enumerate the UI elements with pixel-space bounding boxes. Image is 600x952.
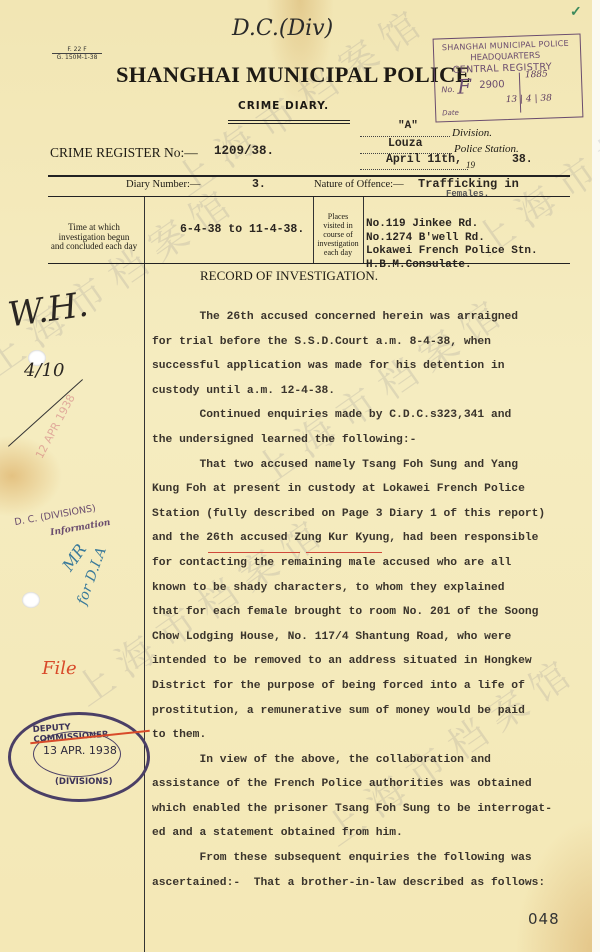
time-value: 6-4-38 to 11-4-38. xyxy=(180,223,304,236)
date-year: 38. xyxy=(512,153,533,166)
body-line: Continued enquiries made by C.D.C.s323,3… xyxy=(152,403,552,428)
date-dotted-line xyxy=(360,169,468,170)
subtitle-rule xyxy=(228,120,350,121)
registry-date-label: Date xyxy=(442,109,459,118)
diary-number-value: 3. xyxy=(252,178,266,191)
diary-number-label: Diary Number:— xyxy=(126,179,200,190)
body-line: intended to be removed to an address sit… xyxy=(152,649,552,674)
place-item: Lokawei French Police Stn. xyxy=(366,245,538,259)
page-number: 048 xyxy=(528,910,560,928)
place-item: No.1274 B'well Rd. xyxy=(366,232,538,246)
date-century: 19 xyxy=(466,160,475,170)
registry-no-suffix: 1885 xyxy=(525,70,548,81)
registry-date-value: 13 | 4 | 38 xyxy=(506,93,552,105)
body-line: successful application was made for his … xyxy=(152,354,552,379)
central-registry-stamp: SHANGHAI MUNICIPAL POLICE HEADQUARTERS C… xyxy=(433,33,584,122)
deputy-commissioner-stamp: DEPUTY COMMISSIONER 13 APR. 1938 (DIVISI… xyxy=(8,712,150,802)
place-item: H.B.M.Consulate. xyxy=(366,259,538,273)
page-subtitle: CRIME DIARY. xyxy=(238,100,329,112)
places-label-line: Places xyxy=(313,212,363,221)
body-line: which enabled the prisoner Tsang Foh Sun… xyxy=(152,797,552,822)
table-col-divider xyxy=(363,197,364,263)
body-line: From these subsequent enquiries the foll… xyxy=(152,846,552,871)
investigation-body: The 26th accused concerned herein was ar… xyxy=(152,305,552,895)
division-value: "A" xyxy=(398,120,418,132)
body-line: ascertained:- That a brother-in-law desc… xyxy=(152,871,552,896)
registry-divider xyxy=(519,73,521,113)
body-line: custody until a.m. 12-4-38. xyxy=(152,379,552,404)
red-file-note: File xyxy=(42,658,77,679)
place-item: No.119 Jinkee Rd. xyxy=(366,218,538,232)
handwritten-dc-div: D.C.(Div) xyxy=(232,16,333,41)
stamp-bottom-text: (DIVISIONS) xyxy=(55,777,112,787)
body-line: In view of the above, the collaboration … xyxy=(152,748,552,773)
scan-edge xyxy=(592,0,600,952)
nature-of-offence-label: Nature of Offence:— xyxy=(314,179,404,190)
places-label-line: course of xyxy=(313,230,363,239)
body-line: to them. xyxy=(152,723,552,748)
record-heading: RECORD OF INVESTIGATION. xyxy=(200,268,378,284)
body-line: That two accused namely Tsang Foh Sung a… xyxy=(152,453,552,478)
registry-no-label: No. xyxy=(441,85,455,94)
time-label: Time at which investigation begun and co… xyxy=(46,223,142,252)
places-label-line: each day xyxy=(313,248,363,257)
red-underline xyxy=(208,552,300,553)
body-line: ed and a statement obtained from him. xyxy=(152,821,552,846)
division-label: Division. xyxy=(452,127,492,139)
police-station-value: Louza xyxy=(388,137,423,150)
table-bottom-rule xyxy=(48,263,570,264)
time-label-line: and concluded each day xyxy=(46,242,142,252)
body-line: District for the purpose of being forced… xyxy=(152,674,552,699)
handwritten-initials-sub: 4/10 xyxy=(24,360,64,381)
body-line: the undersigned learned the following:- xyxy=(152,428,552,453)
punch-hole xyxy=(22,592,40,608)
body-line: Kung Foh at present in custody at Lokawe… xyxy=(152,477,552,502)
stamp-date: 13 APR. 1938 xyxy=(43,744,117,757)
margin-divider xyxy=(144,197,145,952)
form-code: F. 22 F G. 150M-1-38 xyxy=(52,46,102,61)
crime-register-label: CRIME REGISTER No:— xyxy=(50,145,198,161)
body-line: for contacting the remaining male accuse… xyxy=(152,551,552,576)
form-code-line2: G. 150M-1-38 xyxy=(52,53,102,61)
places-label-line: investigation xyxy=(313,239,363,248)
body-line: that for each female brought to room No.… xyxy=(152,600,552,625)
body-line: assistance of the French Police authorit… xyxy=(152,772,552,797)
body-line: Station (fully described on Page 3 Diary… xyxy=(152,502,552,527)
body-line: known to be shady characters, to whom th… xyxy=(152,576,552,601)
page-title: SHANGHAI MUNICIPAL POLICE xyxy=(116,62,471,88)
nature-of-offence-value-2: Females. xyxy=(446,189,489,199)
date-value: April 11th, xyxy=(386,153,462,166)
red-underline xyxy=(306,552,382,553)
body-line: prostitution, a remunerative sum of mone… xyxy=(152,699,552,724)
check-mark-icon: ✓ xyxy=(570,4,582,21)
crime-register-value: 1209/38. xyxy=(214,144,274,158)
form-code-line1: F. 22 F xyxy=(52,46,102,53)
registry-no-value: 2900 xyxy=(479,79,505,91)
places-label-line: visited in xyxy=(313,221,363,230)
subtitle-rule xyxy=(228,123,350,124)
police-station-label: Police Station. xyxy=(454,143,519,155)
registry-stamp-line1: SHANGHAI MUNICIPAL POLICE xyxy=(442,39,569,52)
body-line: The 26th accused concerned herein was ar… xyxy=(152,305,552,330)
registry-no-prefix: F xyxy=(457,74,472,98)
body-line: and the 26th accused Zung Kur Kyung, had… xyxy=(152,526,552,551)
table-mid-rule xyxy=(48,196,570,197)
places-label: Places visited in course of investigatio… xyxy=(313,212,363,257)
body-line: for trial before the S.S.D.Court a.m. 8-… xyxy=(152,330,552,355)
body-line: Chow Lodging House, No. 117/4 Shantung R… xyxy=(152,625,552,650)
